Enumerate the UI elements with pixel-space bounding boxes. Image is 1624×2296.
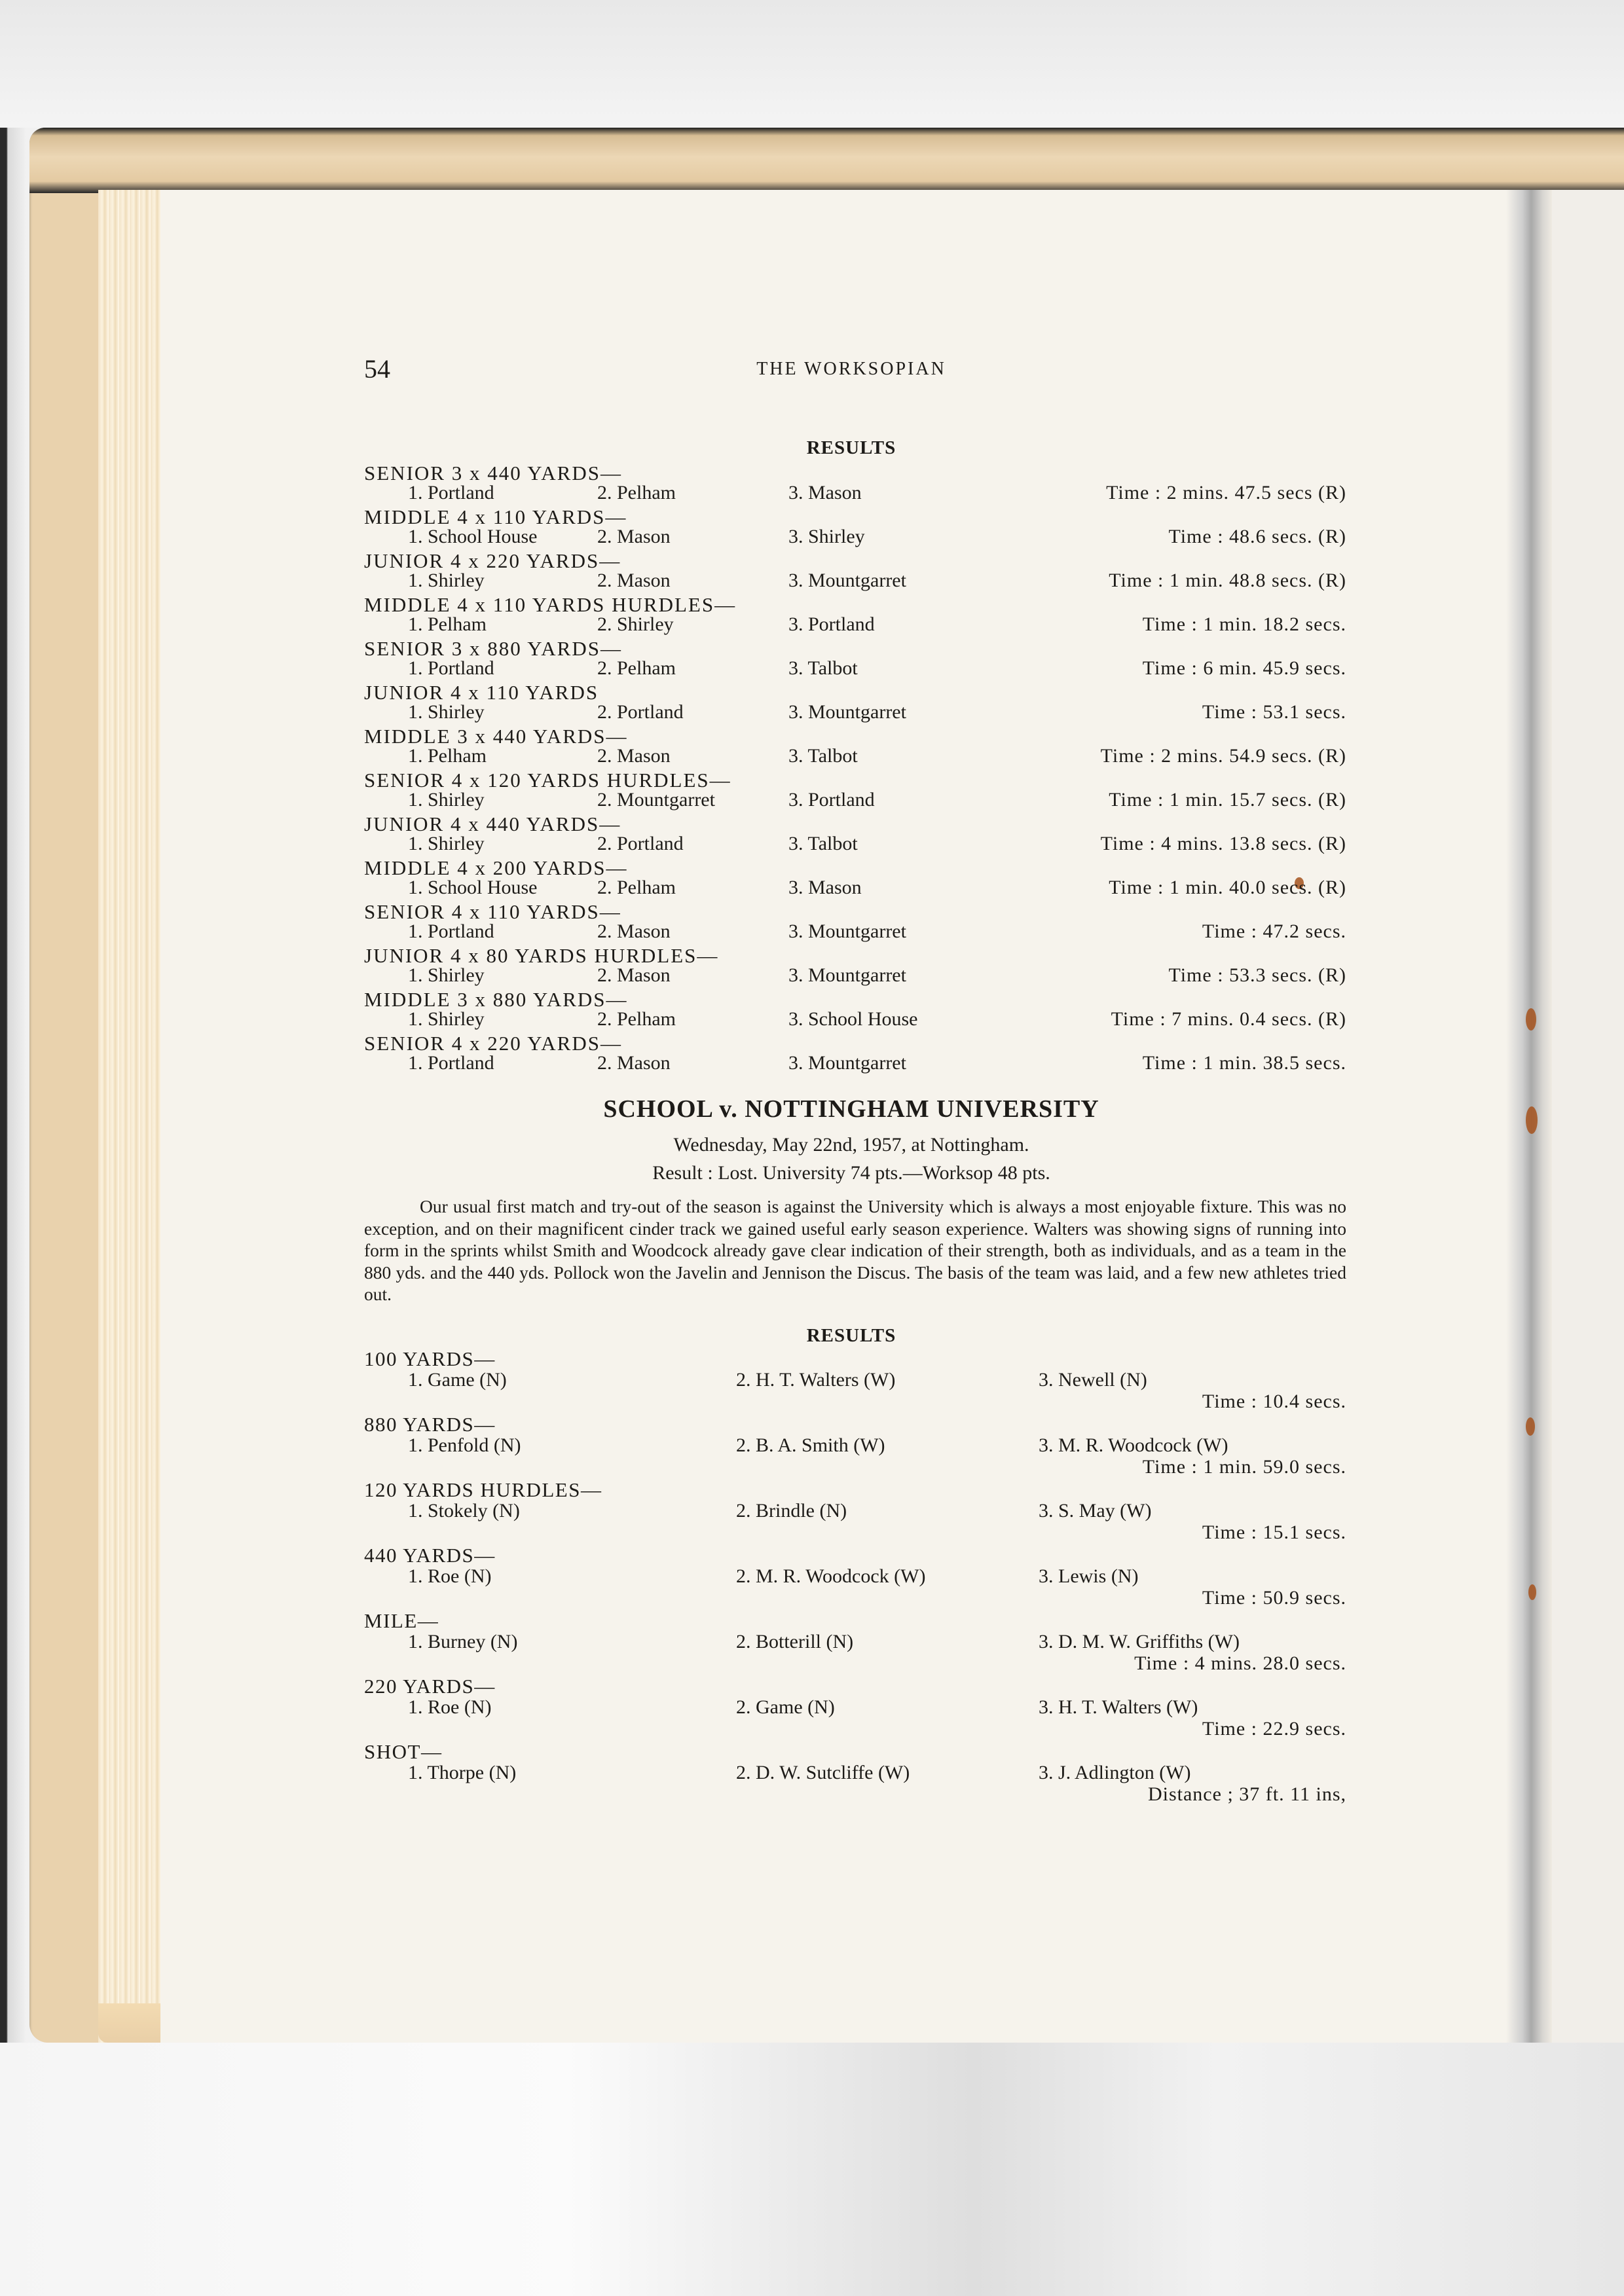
- event-title: MILE—: [364, 1609, 439, 1633]
- third-place: 3. Talbot: [788, 833, 858, 855]
- third-place: 3. D. M. W. Griffiths (W): [1039, 1631, 1240, 1653]
- event-title: 100 YARDS—: [364, 1347, 496, 1371]
- second-place: 2. Mason: [597, 920, 671, 943]
- event-time: Time : 53.1 secs.: [1202, 701, 1346, 723]
- foxing-stain: [1526, 1417, 1535, 1436]
- second-place: 2. Mason: [597, 964, 671, 987]
- first-place: 1. Pelham: [408, 745, 487, 767]
- cover-top-edge: [29, 128, 1624, 193]
- second-place: 2. Mason: [597, 1052, 671, 1074]
- third-place: 3. School House: [788, 1008, 918, 1030]
- event-time: Time : 1 min. 15.7 secs. (R): [1109, 789, 1346, 811]
- match-results-heading: RESULTS: [807, 1325, 896, 1347]
- event-time: Time : 1 min. 40.0 secs. (R): [1109, 877, 1346, 899]
- event-performance: Time : 22.9 secs.: [1202, 1718, 1346, 1740]
- foxing-stain: [1526, 1106, 1538, 1134]
- first-place: 1. Shirley: [408, 789, 485, 811]
- event-performance: Time : 10.4 secs.: [1202, 1391, 1346, 1413]
- relay-event-title: JUNIOR 4 x 440 YARDS—: [364, 812, 621, 836]
- relay-event-title: MIDDLE 3 x 880 YARDS—: [364, 988, 628, 1011]
- first-place: 1. School House: [408, 877, 538, 899]
- second-place: 2. B. A. Smith (W): [736, 1434, 885, 1457]
- first-place: 1. Shirley: [408, 1008, 485, 1030]
- third-place: 3. S. May (W): [1039, 1500, 1151, 1522]
- event-title: 440 YARDS—: [364, 1544, 496, 1567]
- second-place: 2. Mason: [597, 526, 671, 548]
- first-place: 1. School House: [408, 526, 538, 548]
- event-title: 220 YARDS—: [364, 1675, 496, 1698]
- page-number: 54: [364, 354, 390, 384]
- second-place: 2. Shirley: [597, 613, 674, 636]
- first-place: 1. Portland: [408, 1052, 494, 1074]
- second-place: 2. Pelham: [597, 657, 676, 680]
- second-place: 2. Pelham: [597, 482, 676, 504]
- event-title: 880 YARDS—: [364, 1413, 496, 1436]
- third-place: 3. H. T. Walters (W): [1039, 1696, 1198, 1719]
- event-time: Time : 2 mins. 54.9 secs. (R): [1101, 745, 1346, 767]
- first-place: 1. Shirley: [408, 701, 485, 723]
- first-place: 1. Penfold (N): [408, 1434, 521, 1457]
- match-result: Result : Lost. University 74 pts.—Workso…: [652, 1162, 1050, 1184]
- second-place: 2. Mason: [597, 570, 671, 592]
- second-place: 2. Brindle (N): [736, 1500, 847, 1522]
- third-place: 3. Mountgarret: [788, 1052, 906, 1074]
- second-place: 2. Portland: [597, 833, 684, 855]
- second-place: 2. Game (N): [736, 1696, 835, 1719]
- first-place: 1. Thorpe (N): [408, 1762, 516, 1784]
- scanner-background-top: [0, 0, 1624, 128]
- event-time: Time : 1 min. 18.2 secs.: [1143, 613, 1346, 636]
- third-place: 3. Mountgarret: [788, 570, 906, 592]
- event-time: Time : 2 mins. 47.5 secs (R): [1106, 482, 1346, 504]
- second-place: 2. H. T. Walters (W): [736, 1369, 895, 1391]
- third-place: 3. Portland: [788, 613, 875, 636]
- event-time: Time : 47.2 secs.: [1202, 920, 1346, 943]
- match-report: Our usual first match and try-out of the…: [364, 1195, 1346, 1305]
- event-time: Time : 1 min. 38.5 secs.: [1143, 1052, 1346, 1074]
- third-place: 3. Newell (N): [1039, 1369, 1147, 1391]
- first-place: 1. Roe (N): [408, 1565, 491, 1588]
- running-title: THE WORKSOPIAN: [756, 359, 946, 380]
- first-place: 1. Portland: [408, 482, 494, 504]
- third-place: 3. J. Adlington (W): [1039, 1762, 1191, 1784]
- third-place: 3. Mason: [788, 482, 862, 504]
- second-place: 2. Botterill (N): [736, 1631, 853, 1653]
- event-performance: Time : 50.9 secs.: [1202, 1587, 1346, 1609]
- third-place: 3. Mountgarret: [788, 964, 906, 987]
- next-page-edge: [1552, 190, 1624, 2043]
- event-time: Time : 7 mins. 0.4 secs. (R): [1111, 1008, 1346, 1030]
- match-title: SCHOOL v. NOTTINGHAM UNIVERSITY: [603, 1095, 1099, 1123]
- third-place: 3. Lewis (N): [1039, 1565, 1138, 1588]
- event-time: Time : 1 min. 48.8 secs. (R): [1109, 570, 1346, 592]
- relay-event-title: JUNIOR 4 x 220 YARDS—: [364, 549, 621, 573]
- relay-results-heading: RESULTS: [807, 437, 896, 459]
- first-place: 1. Roe (N): [408, 1696, 491, 1719]
- match-date: Wednesday, May 22nd, 1957, at Nottingham…: [673, 1134, 1029, 1156]
- first-place: 1. Stokely (N): [408, 1500, 520, 1522]
- first-place: 1. Portland: [408, 657, 494, 680]
- foxing-stain: [1528, 1584, 1536, 1600]
- second-place: 2. Pelham: [597, 877, 676, 899]
- third-place: 3. Talbot: [788, 745, 858, 767]
- event-performance: Time : 1 min. 59.0 secs.: [1143, 1456, 1346, 1478]
- first-place: 1. Portland: [408, 920, 494, 943]
- event-time: Time : 48.6 secs. (R): [1168, 526, 1346, 548]
- first-place: 1. Game (N): [408, 1369, 507, 1391]
- relay-event-title: MIDDLE 3 x 440 YARDS—: [364, 725, 628, 748]
- foxing-stain: [1526, 1008, 1536, 1030]
- event-performance: Time : 15.1 secs.: [1202, 1522, 1346, 1544]
- scanner-background-bottom: [0, 2043, 1624, 2296]
- second-place: 2. Mason: [597, 745, 671, 767]
- event-title: 120 YARDS HURDLES—: [364, 1478, 602, 1502]
- second-place: 2. Pelham: [597, 1008, 676, 1030]
- third-place: 3. Mason: [788, 877, 862, 899]
- first-place: 1. Shirley: [408, 964, 485, 987]
- event-performance: Time : 4 mins. 28.0 secs.: [1134, 1652, 1346, 1675]
- third-place: 3. M. R. Woodcock (W): [1039, 1434, 1228, 1457]
- event-time: Time : 6 min. 45.9 secs.: [1143, 657, 1346, 680]
- first-place: 1. Shirley: [408, 570, 485, 592]
- event-title: SHOT—: [364, 1740, 442, 1764]
- first-place: 1. Burney (N): [408, 1631, 517, 1653]
- second-place: 2. D. W. Sutcliffe (W): [736, 1762, 910, 1784]
- third-place: 3. Mountgarret: [788, 920, 906, 943]
- second-place: 2. M. R. Woodcock (W): [736, 1565, 925, 1588]
- second-place: 2. Portland: [597, 701, 684, 723]
- third-place: 3. Shirley: [788, 526, 865, 548]
- third-place: 3. Mountgarret: [788, 701, 906, 723]
- page-edges: [98, 190, 160, 2043]
- third-place: 3. Talbot: [788, 657, 858, 680]
- event-time: Time : 4 mins. 13.8 secs. (R): [1101, 833, 1346, 855]
- third-place: 3. Portland: [788, 789, 875, 811]
- first-place: 1. Shirley: [408, 833, 485, 855]
- event-time: Time : 53.3 secs. (R): [1168, 964, 1346, 987]
- event-performance: Distance ; 37 ft. 11 ins,: [1148, 1783, 1346, 1806]
- first-place: 1. Pelham: [408, 613, 487, 636]
- second-place: 2. Mountgarret: [597, 789, 715, 811]
